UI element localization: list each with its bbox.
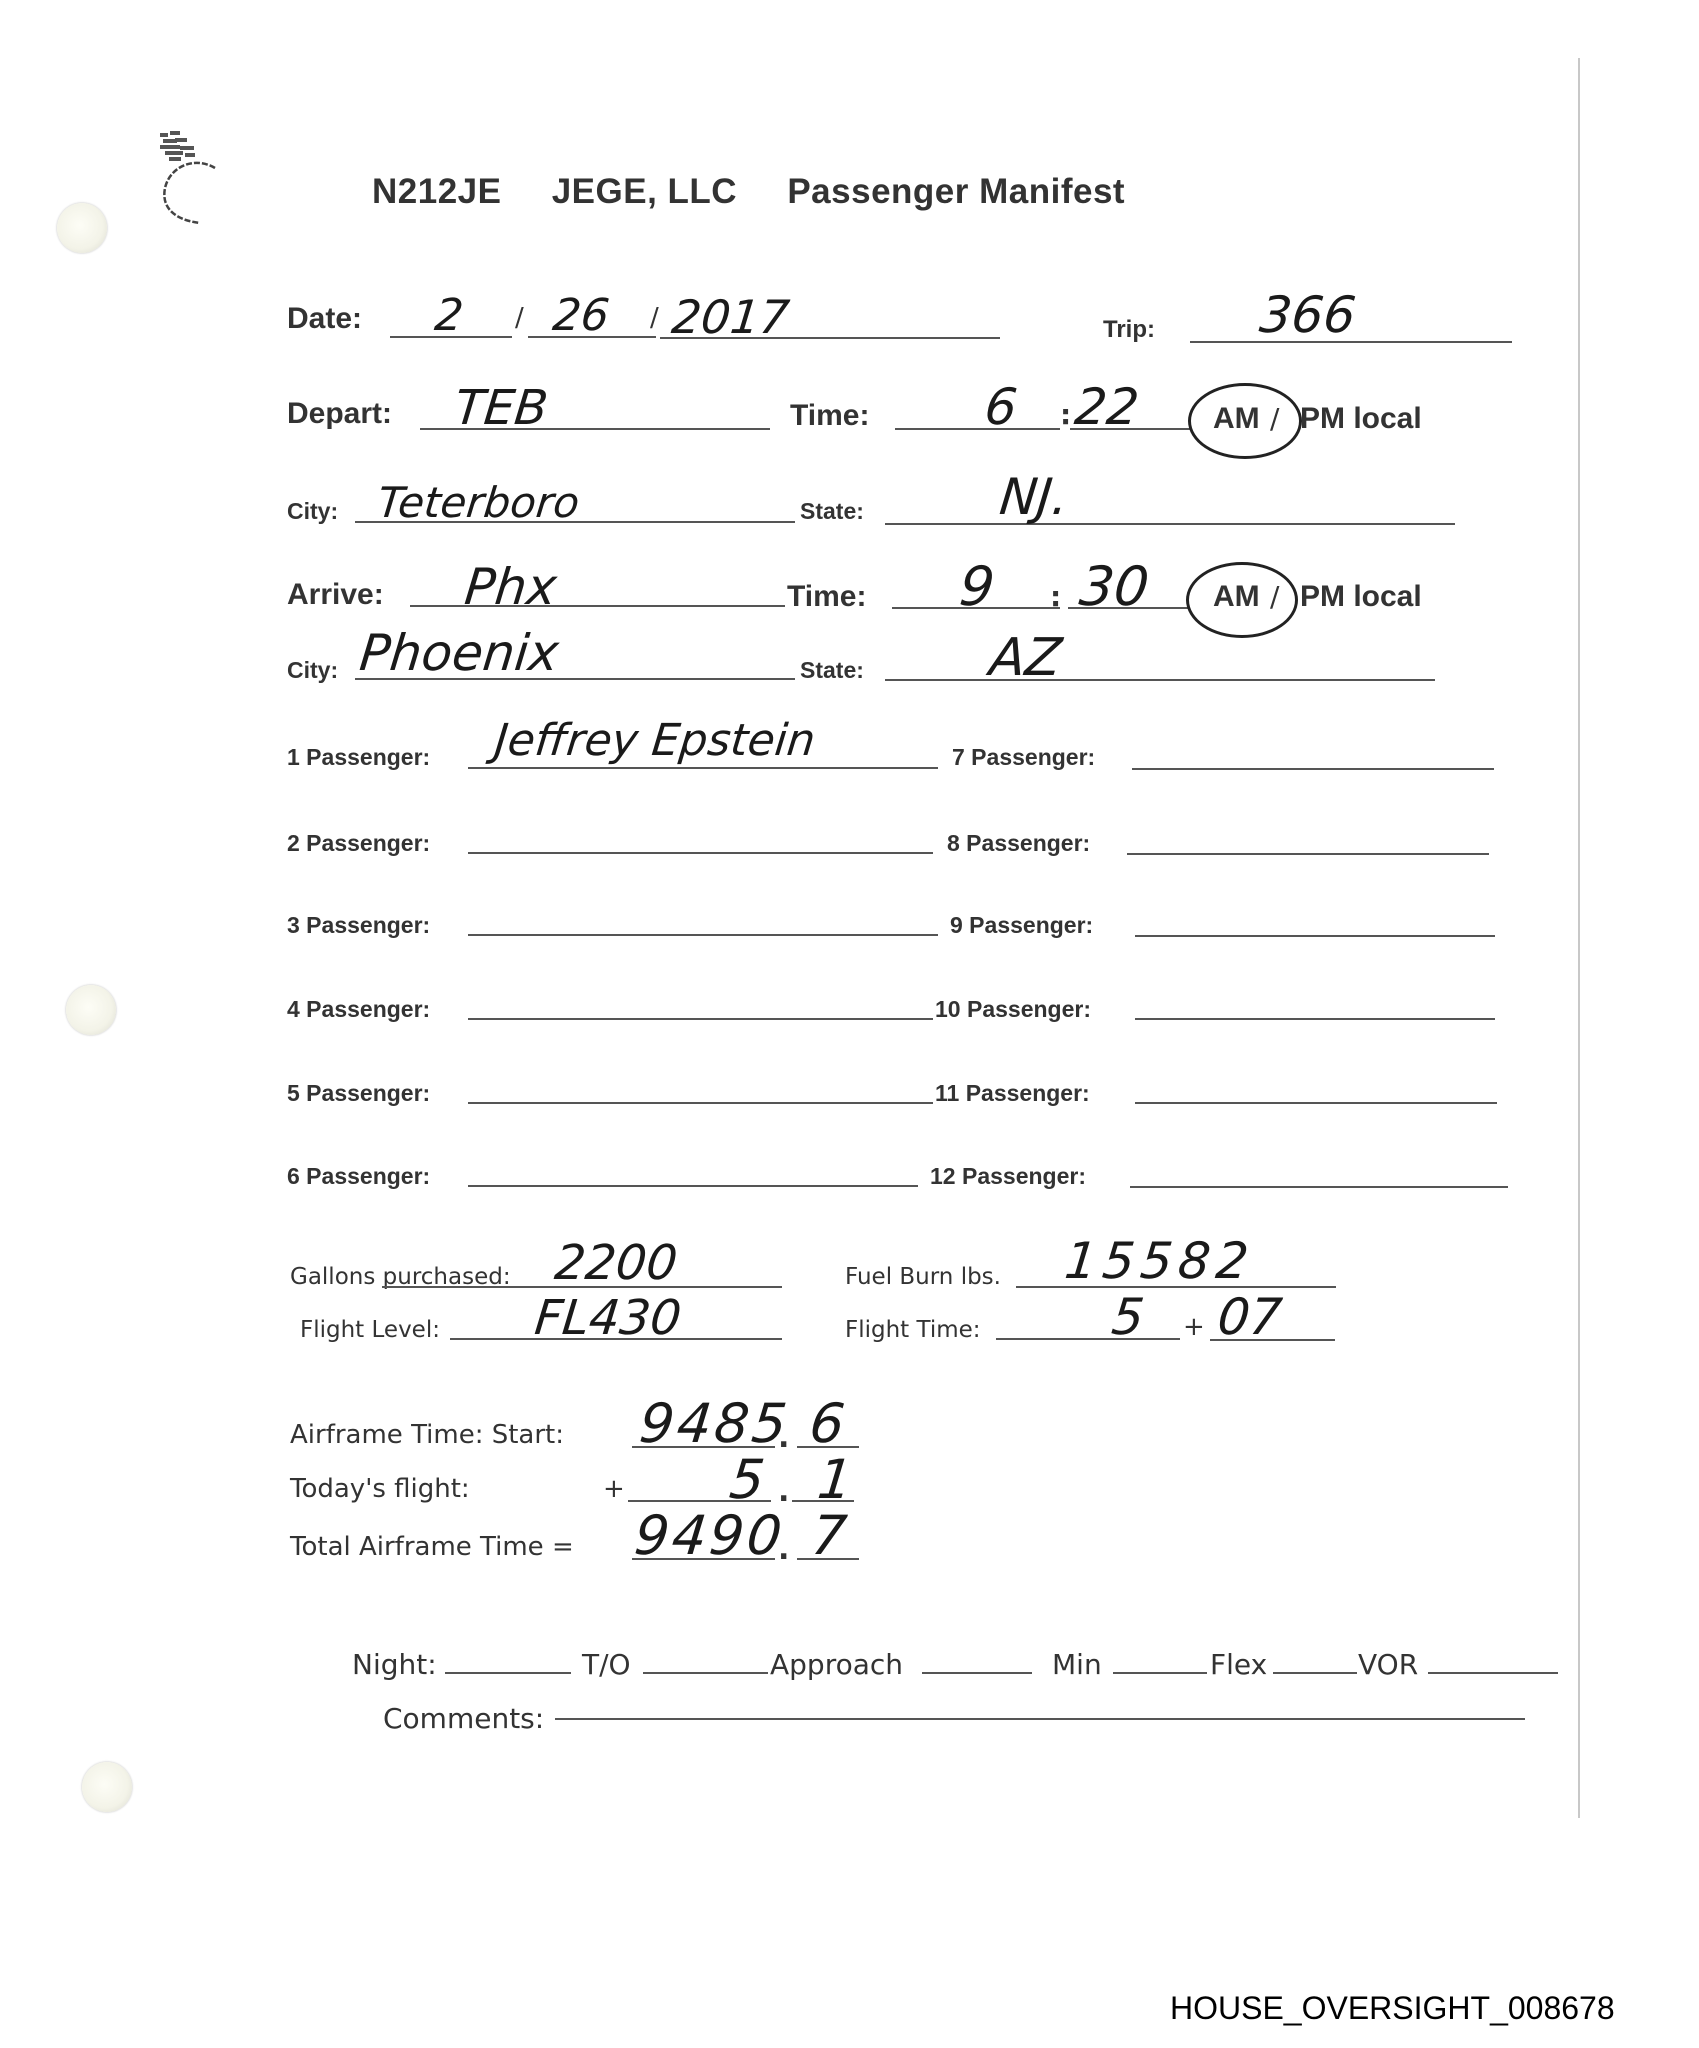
page-title: N212JE JEGE, LLC Passenger Manifest [372, 172, 1125, 212]
passenger-12-line [1130, 1186, 1508, 1188]
bates-number: HOUSE_OVERSIGHT_008678 [1170, 1990, 1615, 2027]
palm-tree-logo-icon [155, 128, 225, 228]
passenger-1-field[interactable]: Jeffrey Epstein [492, 715, 817, 766]
approach-line [922, 1672, 1032, 1674]
arrive-label: Arrive: [287, 578, 384, 612]
punch-hole-top [57, 203, 107, 253]
flex-line [1273, 1672, 1357, 1674]
arrive-state-label: State: [800, 657, 864, 684]
passenger-7-label: 7 Passenger: [952, 744, 1095, 771]
passenger-3-label: 3 Passenger: [287, 912, 430, 939]
arrive-state-field[interactable]: AZ [987, 628, 1065, 688]
depart-time-label: Time: [790, 399, 869, 433]
arrive-time-colon: : [1050, 580, 1061, 613]
arrive-hour-field[interactable]: 9 [957, 555, 998, 618]
arrive-city-label: City: [287, 657, 338, 684]
date-month-field[interactable]: 2 [432, 290, 465, 341]
date-year-field[interactable]: 2017 [669, 290, 792, 344]
depart-hour-field[interactable]: 6 [982, 378, 1020, 436]
passenger-6-label: 6 Passenger: [287, 1163, 430, 1190]
passenger-4-line [468, 1018, 933, 1020]
arrive-minute-field[interactable]: 30 [1077, 555, 1152, 618]
passenger-11-label: 11 Passenger: [935, 1080, 1090, 1107]
night-line [445, 1672, 571, 1674]
flight-time-label: Flight Time: [845, 1317, 981, 1343]
depart-time-colon: : [1060, 398, 1071, 431]
passenger-9-label: 9 Passenger: [950, 912, 1093, 939]
passenger-12-label: 12 Passenger: [930, 1163, 1086, 1190]
passenger-11-line [1135, 1102, 1497, 1104]
arrive-airport-field[interactable]: Phx [462, 558, 560, 616]
flight-time-hours-line [996, 1338, 1180, 1340]
flex-label: Flex [1210, 1648, 1267, 1681]
passenger-8-label: 8 Passenger: [947, 830, 1090, 857]
flight-time-hours-field[interactable]: 5 [1109, 1288, 1147, 1346]
passenger-2-line [468, 852, 933, 854]
passenger-9-line [1135, 935, 1495, 937]
arrive-time-label: Time: [787, 580, 866, 614]
min-line [1113, 1672, 1207, 1674]
passenger-1-line [468, 767, 938, 769]
depart-state-label: State: [800, 498, 864, 525]
manifest-title: Passenger Manifest [787, 172, 1125, 211]
vor-line [1428, 1672, 1558, 1674]
min-label: Min [1052, 1648, 1102, 1681]
date-label: Date: [287, 302, 362, 336]
comments-line [555, 1718, 1525, 1720]
passenger-4-label: 4 Passenger: [287, 996, 430, 1023]
page-edge-line [1578, 58, 1580, 1818]
trip-number-field[interactable]: 366 [1257, 286, 1359, 344]
fuel-burn-field[interactable]: 15582 [1062, 1232, 1257, 1290]
todays-flight-whole-field[interactable]: 5 [727, 1448, 768, 1511]
todays-flight-plus: + [603, 1474, 625, 1504]
todays-flight-label: Today's flight: [290, 1474, 470, 1504]
todays-flight-tenth-field[interactable]: 1 [815, 1448, 856, 1511]
fuel-burn-label: Fuel Burn lbs. [845, 1264, 1001, 1290]
airframe-start-whole-field[interactable]: 9485 [637, 1392, 793, 1455]
passenger-10-line [1135, 1018, 1495, 1020]
depart-state-line [885, 523, 1455, 525]
flight-level-label: Flight Level: [300, 1317, 440, 1343]
date-slash-2: / [650, 303, 659, 333]
passenger-5-line [468, 1102, 933, 1104]
arrive-pm-local-option[interactable]: PM local [1300, 580, 1422, 614]
date-day-field[interactable]: 26 [550, 290, 611, 341]
airframe-start-dot: . [778, 1420, 789, 1455]
night-label: Night: [352, 1648, 437, 1681]
total-airframe-dot: . [778, 1532, 789, 1567]
flight-time-minutes-field[interactable]: 07 [1215, 1288, 1285, 1346]
total-airframe-label: Total Airframe Time = [290, 1532, 574, 1562]
depart-ampm-slash: / [1270, 402, 1279, 435]
flight-level-field[interactable]: FL430 [532, 1290, 684, 1346]
total-airframe-tenth-field[interactable]: 7 [809, 1504, 850, 1567]
arrive-ampm-slash: / [1270, 580, 1279, 613]
depart-state-field[interactable]: NJ. [997, 468, 1071, 526]
comments-label: Comments: [383, 1702, 544, 1735]
punch-hole-bottom [82, 1762, 132, 1812]
depart-am-selected-circle [1188, 383, 1302, 459]
depart-pm-local-option[interactable]: PM local [1300, 402, 1422, 436]
passenger-1-label: 1 Passenger: [287, 744, 430, 771]
airframe-start-label: Airframe Time: Start: [290, 1420, 564, 1450]
depart-hour-line [895, 428, 1060, 430]
airframe-start-tenth-field[interactable]: 6 [807, 1392, 848, 1455]
date-slash-1: / [515, 303, 524, 333]
passenger-7-line [1132, 768, 1494, 770]
to-line [643, 1672, 768, 1674]
depart-label: Depart: [287, 397, 392, 431]
arrive-city-field[interactable]: Phoenix [357, 624, 561, 682]
tail-number: N212JE [372, 172, 501, 211]
approach-label: Approach [770, 1648, 903, 1681]
passenger-2-label: 2 Passenger: [287, 830, 430, 857]
depart-city-label: City: [287, 498, 338, 525]
passenger-8-line [1127, 853, 1489, 855]
vor-label: VOR [1358, 1648, 1418, 1681]
passenger-3-line [468, 934, 938, 936]
to-label: T/O [582, 1648, 631, 1681]
gallons-field[interactable]: 2200 [552, 1235, 680, 1291]
punch-hole-middle [66, 985, 116, 1035]
flight-time-plus: + [1183, 1312, 1205, 1342]
passenger-5-label: 5 Passenger: [287, 1080, 430, 1107]
arrive-am-selected-circle [1186, 562, 1298, 638]
arrive-state-line [885, 679, 1435, 681]
passenger-6-line [468, 1185, 918, 1187]
depart-minute-field[interactable]: 22 [1072, 378, 1142, 436]
total-airframe-whole-field[interactable]: 9490 [632, 1504, 788, 1567]
depart-city-field[interactable]: Teterboro [375, 478, 581, 527]
passenger-10-label: 10 Passenger: [935, 996, 1091, 1023]
company-name: JEGE, LLC [552, 172, 737, 211]
depart-airport-field[interactable]: TEB [452, 380, 550, 436]
trip-label: Trip: [1103, 316, 1155, 344]
